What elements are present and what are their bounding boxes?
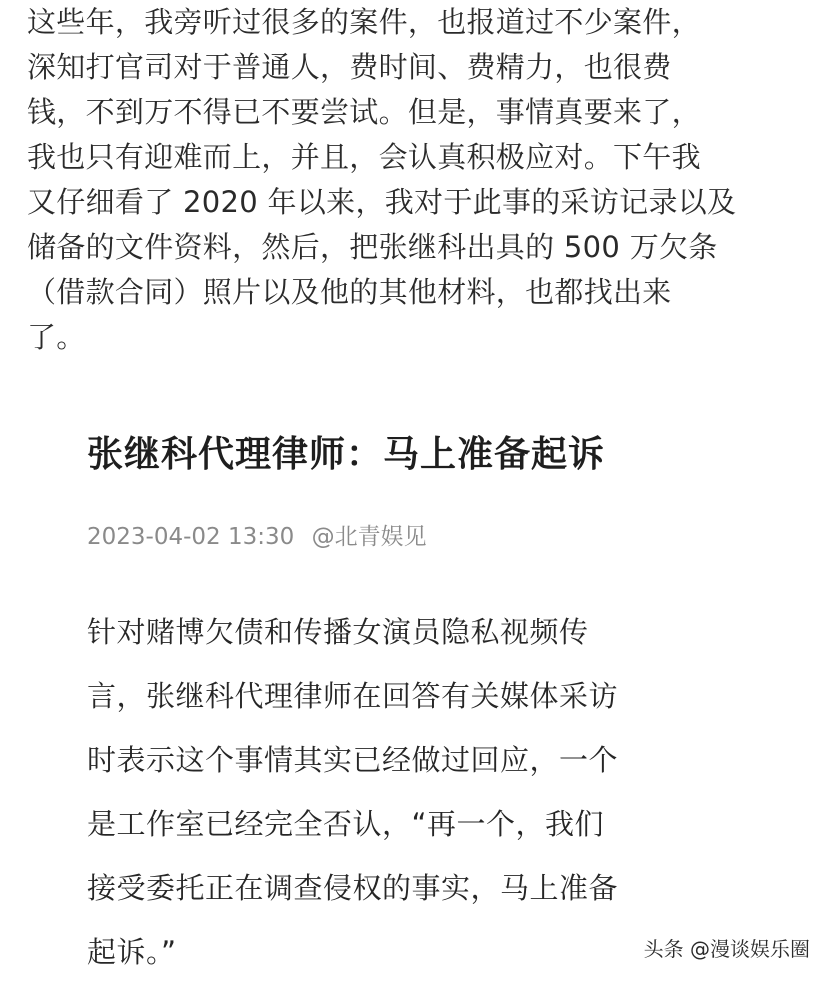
embedded-article-screenshot: 张继科代理律师：马上准备起诉 2023-04-02 13:30 @北青娱见 针对… [87,410,767,984]
intro-line: 又仔细看了 2020 年以来，我对于此事的采访记录以及 [27,180,797,225]
article-meta: 2023-04-02 13:30 @北青娱见 [87,522,767,552]
article-body: 针对赌博欠债和传播女演员隐私视频传 言，张继科代理律师在回答有关媒体采访 时表示… [87,600,767,984]
intro-line: 这些年，我旁听过很多的案件，也报道过不少案件， [27,0,797,45]
intro-line: 钱，不到万不得已不要尝试。但是，事情真要来了， [27,90,797,135]
article-body-line: 接受委托正在调查侵权的事实，马上准备 [87,856,767,920]
article-body-line: 是工作室已经完全否认，“再一个，我们 [87,792,767,856]
intro-line: 储备的文件资料，然后，把张继科出具的 500 万欠条 [27,225,797,270]
intro-line: 了。 [27,315,797,360]
article-timestamp: 2023-04-02 13:30 [87,524,294,550]
article-source: @北青娱见 [312,524,427,550]
article-body-line: 言，张继科代理律师在回答有关媒体采访 [87,664,767,728]
intro-line: （借款合同）照片以及他的其他材料，也都找出来 [27,270,797,315]
article-title: 张继科代理律师：马上准备起诉 [87,430,767,480]
intro-line: 深知打官司对于普通人，费时间、费精力，也很费 [27,45,797,90]
intro-line: 我也只有迎难而上，并且，会认真积极应对。下午我 [27,135,797,180]
watermark: 头条 @漫谈娱乐圈 [644,933,810,962]
article-body-line: 时表示这个事情其实已经做过回应，一个 [87,728,767,792]
article-body-line: 针对赌博欠债和传播女演员隐私视频传 [87,600,767,664]
intro-paragraph: 这些年，我旁听过很多的案件，也报道过不少案件， 深知打官司对于普通人，费时间、费… [27,0,797,360]
